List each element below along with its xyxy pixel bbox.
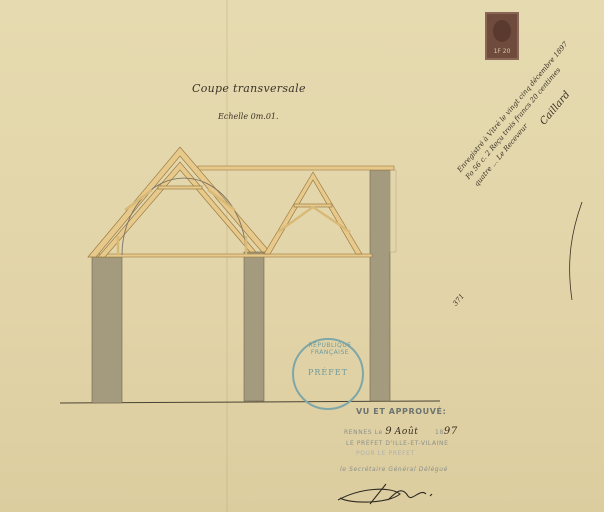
approval-date-line: RENNES Le 9 Août 1897 <box>344 426 458 437</box>
right-column <box>370 170 390 401</box>
tie-beam <box>90 254 372 257</box>
prefect-seal: RÉPUBLIQUE FRANÇAISE PRÉFET <box>292 338 364 410</box>
prefect-line: LE PRÉFET D'ILLE-ET-VILAINE <box>346 440 449 447</box>
secretary-line: le Secrétaire Général Délégué <box>340 466 448 473</box>
middle-column <box>244 252 264 401</box>
left-column <box>92 257 122 403</box>
revenue-stamp: 1F 20 <box>485 12 519 60</box>
ridge-beam <box>198 166 394 170</box>
pour-line: POUR LE PRÉFET <box>356 450 415 457</box>
drawing-sheet: Coupe transversale Echelle 0m.01. <box>0 0 604 512</box>
seal-center-text: PRÉFET <box>294 368 362 377</box>
approval-heading: VU ET APPROUVÉ: <box>356 407 446 416</box>
note-flourish <box>560 200 590 310</box>
signature <box>330 478 450 512</box>
large-truss <box>88 147 270 257</box>
cross-section-drawing <box>0 0 604 512</box>
stamp-portrait-icon <box>493 20 511 42</box>
small-truss <box>264 172 362 254</box>
seal-ring-text: RÉPUBLIQUE FRANÇAISE <box>298 342 362 356</box>
stamp-value: 1F 20 <box>490 48 514 55</box>
